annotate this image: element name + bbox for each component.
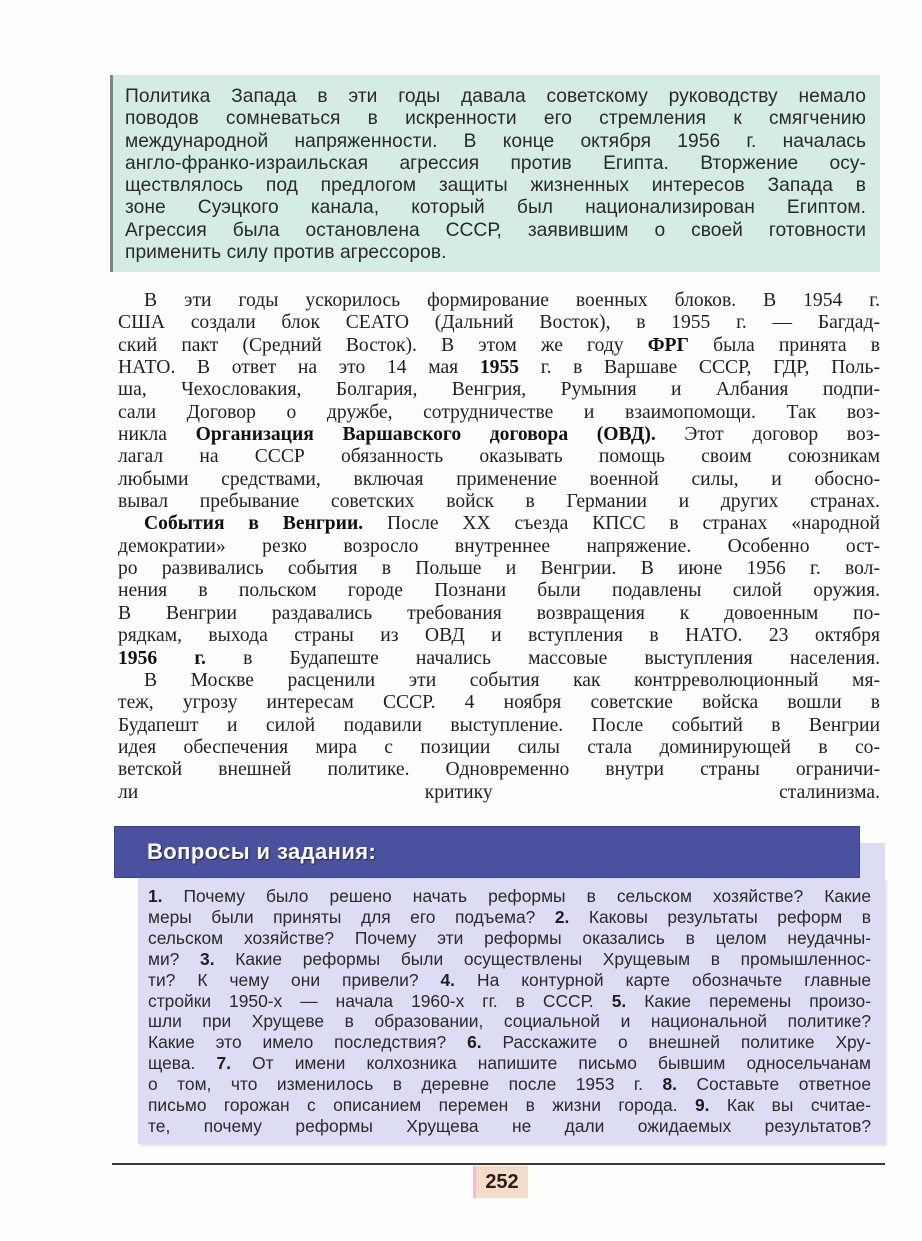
note-line: применить силу против агрессоров.	[125, 242, 866, 264]
paragraph-line: В эти годы ускорилось формирование военн…	[118, 290, 880, 312]
question-number: 5.	[612, 991, 627, 1011]
paragraph-line: В Венгрии раздавались требования возвращ…	[118, 603, 880, 625]
text-span: Какие это имело последствия?	[148, 1032, 467, 1052]
text-span: Какие перемены произо-	[626, 991, 871, 1011]
note-line: Агрессия была остановлена СССР, заявивши…	[125, 220, 866, 242]
text-span: Расскажите о внешней политике Хру-	[482, 1032, 871, 1052]
text-span: Какие реформы были осуществлены Хрущевым…	[215, 949, 871, 969]
questions-header: Вопросы и задания:	[114, 826, 860, 878]
text-span: ский пакт (Средний Восток). В этом же го…	[118, 335, 648, 356]
text-span: Каковы результаты реформ в	[569, 907, 871, 927]
paragraph-line: демократии» резко возросло внутреннее на…	[118, 536, 880, 558]
paragraph-line: нения в польском городе Познани были под…	[118, 580, 880, 602]
question-number: 4.	[441, 970, 456, 990]
text-span: шли при Хрущеве в образовании, социально…	[148, 1011, 871, 1031]
text-span: ми?	[148, 949, 200, 969]
paragraph-line: ли критику сталинизма.	[118, 782, 880, 804]
note-line: зоне Суэцкого канала, который был национ…	[125, 197, 866, 219]
text-span: После XX съезда КПСС в странах «народной	[363, 513, 880, 534]
paragraph-line: ветской внешней политике. Одновременно в…	[118, 759, 880, 781]
text-span: меры были приняты для его подъема?	[148, 907, 555, 927]
main-text: В эти годы ускорилось формирование военн…	[118, 290, 880, 804]
note-line: Политика Запада в эти годы давала советс…	[125, 86, 866, 108]
question-number: 7.	[216, 1053, 231, 1073]
text-span: Этот договор воз-	[656, 424, 880, 445]
paragraph-line: вывал пребывание советских войск в Герма…	[118, 491, 880, 513]
questions-box: 1. Почему было решено начать реформы в с…	[138, 878, 885, 1144]
note-line: ществлялось под предлогом защиты жизненн…	[125, 175, 866, 197]
paragraph-line: лагал на СССР обязанность оказывать помо…	[118, 446, 880, 468]
question-line: меры были приняты для его подъема? 2. Ка…	[148, 907, 871, 928]
bold-date: 1955	[480, 357, 519, 378]
text-span: сельском хозяйстве? Почему эти реформы о…	[148, 928, 871, 948]
section-heading: События в Венгрии.	[144, 513, 363, 534]
question-line: о том, что изменилось в деревне после 19…	[148, 1074, 871, 1095]
paragraph-line: теж, угрозу интересам СССР. 4 ноября сов…	[118, 692, 880, 714]
text-span: От имени колхозника напишите письмо бывш…	[231, 1053, 871, 1073]
paragraph-line: В Москве расценили эти события как контр…	[118, 670, 880, 692]
question-line: сельском хозяйстве? Почему эти реформы о…	[148, 928, 871, 949]
question-number: 8.	[662, 1074, 677, 1094]
text-span: в Будапеште начались массовые выступлени…	[206, 648, 880, 669]
paragraph-line: никла Организация Варшавского договора (…	[118, 424, 880, 446]
paragraph-line: США создали блок СЕАТО (Дальний Восток),…	[118, 312, 880, 334]
footer-rule	[112, 1163, 885, 1165]
text-span: никла	[118, 424, 196, 445]
text-span: письмо горожан с описанием перемен в жиз…	[148, 1095, 695, 1115]
text-span: стройки 1950-х — начала 1960-х гг. в ССС…	[148, 991, 612, 1011]
paragraph-line: Будапешт и силой подавили выступление. П…	[118, 715, 880, 737]
paragraph-line: ша, Чехословакия, Болгария, Венгрия, Рум…	[118, 379, 880, 401]
text-span: Составьте ответное	[677, 1074, 871, 1094]
text-span: Почему было решено начать реформы в сель…	[163, 886, 871, 906]
note-line: англо-франко-израильская агрессия против…	[125, 153, 866, 175]
paragraph-line: рядкам, выхода страны из ОВД и вступлени…	[118, 625, 880, 647]
paragraph-line: сали Договор о дружбе, сотрудничестве и …	[118, 402, 880, 424]
question-line: ти? К чему они привели? 4. На контурной …	[148, 970, 871, 991]
text-span: была принята в	[689, 335, 880, 356]
bold-term: ФРГ	[648, 335, 689, 356]
question-line: стройки 1950-х — начала 1960-х гг. в ССС…	[148, 991, 871, 1012]
bold-date: 1956 г.	[118, 648, 206, 669]
page-number: 252	[473, 1166, 528, 1198]
text-span: те, почему реформы Хрущева не дали ожида…	[148, 1116, 871, 1136]
text-span: Как вы считае-	[709, 1095, 871, 1115]
question-line: 1. Почему было решено начать реформы в с…	[148, 886, 871, 907]
text-span: ти? К чему они привели?	[148, 970, 441, 990]
paragraph-line: любыми средствами, включая применение во…	[118, 469, 880, 491]
sidebar-note-box: Политика Запада в эти годы давала советс…	[110, 75, 880, 272]
question-number: 3.	[200, 949, 215, 969]
question-number: 6.	[467, 1032, 482, 1052]
text-span: На контурной карте обозначьте главные	[455, 970, 871, 990]
questions-box-corner	[860, 843, 885, 878]
text-span: щева.	[148, 1053, 216, 1073]
question-line: Какие это имело последствия? 6. Расскажи…	[148, 1032, 871, 1053]
question-line: ми? 3. Какие реформы были осуществлены Х…	[148, 949, 871, 970]
question-number: 2.	[555, 907, 570, 927]
paragraph-line: ский пакт (Средний Восток). В этом же го…	[118, 335, 880, 357]
question-number: 9.	[695, 1095, 710, 1115]
question-number: 1.	[148, 886, 163, 906]
question-line: шли при Хрущеве в образовании, социально…	[148, 1011, 871, 1032]
bold-term: Организация Варшавского договора (ОВД).	[196, 424, 656, 445]
paragraph-line: ро развивались события в Польше и Венгри…	[118, 558, 880, 580]
paragraph-line: идея обеспечения мира с позиции силы ста…	[118, 737, 880, 759]
questions-title: Вопросы и задания:	[147, 839, 376, 865]
paragraph-line: События в Венгрии. После XX съезда КПСС …	[118, 513, 880, 535]
paragraph-line: НАТО. В ответ на это 14 мая 1955 г. в Ва…	[118, 357, 880, 379]
text-span: г. в Варшаве СССР, ГДР, Поль-	[519, 357, 880, 378]
question-line: письмо горожан с описанием перемен в жиз…	[148, 1095, 871, 1116]
text-span: о том, что изменилось в деревне после 19…	[148, 1074, 662, 1094]
paragraph-line: 1956 г. в Будапеште начались массовые вы…	[118, 648, 880, 670]
text-span: НАТО. В ответ на это 14 мая	[118, 357, 480, 378]
question-line: щева. 7. От имени колхозника напишите пи…	[148, 1053, 871, 1074]
note-line: международной напряженности. В конце окт…	[125, 131, 866, 153]
note-line: поводов сомневаться в искренности его ст…	[125, 108, 866, 130]
question-line: те, почему реформы Хрущева не дали ожида…	[148, 1116, 871, 1137]
